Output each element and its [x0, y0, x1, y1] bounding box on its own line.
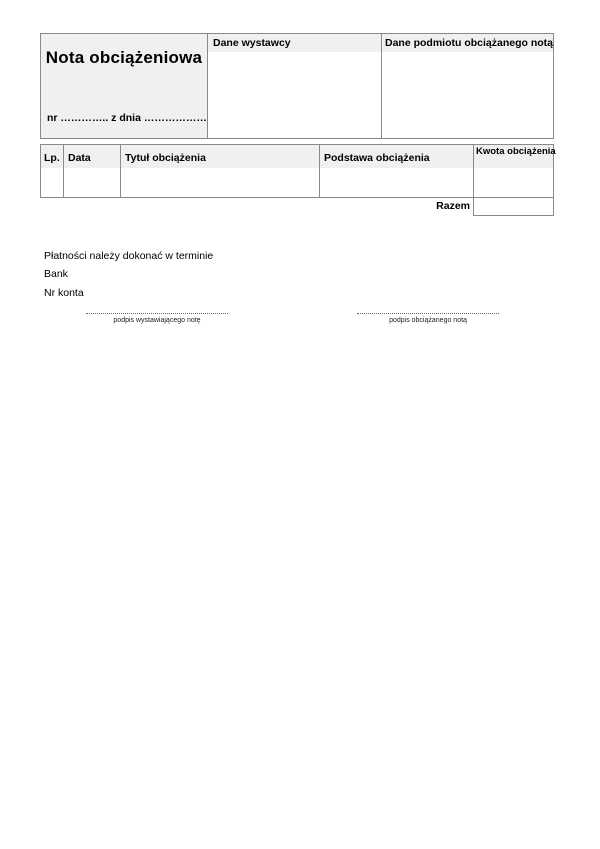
- column-header-lp: Lp.: [40, 144, 64, 169]
- cell-amount[interactable]: [473, 168, 554, 198]
- issuer-data-field[interactable]: [207, 52, 382, 139]
- payment-term-label: Płatności należy dokonać w terminie: [44, 250, 213, 262]
- column-header-amount: Kwota obciążenia: [473, 144, 554, 169]
- payer-signature-label: podpis obciążanego notą: [357, 317, 499, 324]
- issuer-header: Dane wystawcy: [207, 33, 382, 53]
- cell-basis[interactable]: [319, 168, 474, 198]
- document-title: Nota obciążeniowa: [40, 48, 208, 68]
- bank-label: Bank: [44, 268, 68, 280]
- number-date-line: nr ………….. z dnia ………………: [47, 112, 207, 124]
- issuer-signature-label: podpis wystawiającego notę: [86, 317, 228, 324]
- payer-data-field[interactable]: [381, 52, 554, 139]
- column-header-title: Tytuł obciążenia: [120, 144, 320, 169]
- account-number-label: Nr konta: [44, 287, 84, 299]
- issuer-signature-line: [86, 313, 228, 314]
- payer-header: Dane podmiotu obciążanego notą: [381, 33, 554, 53]
- cell-date[interactable]: [63, 168, 121, 198]
- column-header-date: Data: [63, 144, 121, 169]
- column-header-basis: Podstawa obciążenia: [319, 144, 474, 169]
- total-amount-field[interactable]: [473, 197, 554, 216]
- payer-signature-line: [357, 313, 499, 314]
- cell-lp[interactable]: [40, 168, 64, 198]
- total-label: Razem: [400, 200, 470, 212]
- cell-title[interactable]: [120, 168, 320, 198]
